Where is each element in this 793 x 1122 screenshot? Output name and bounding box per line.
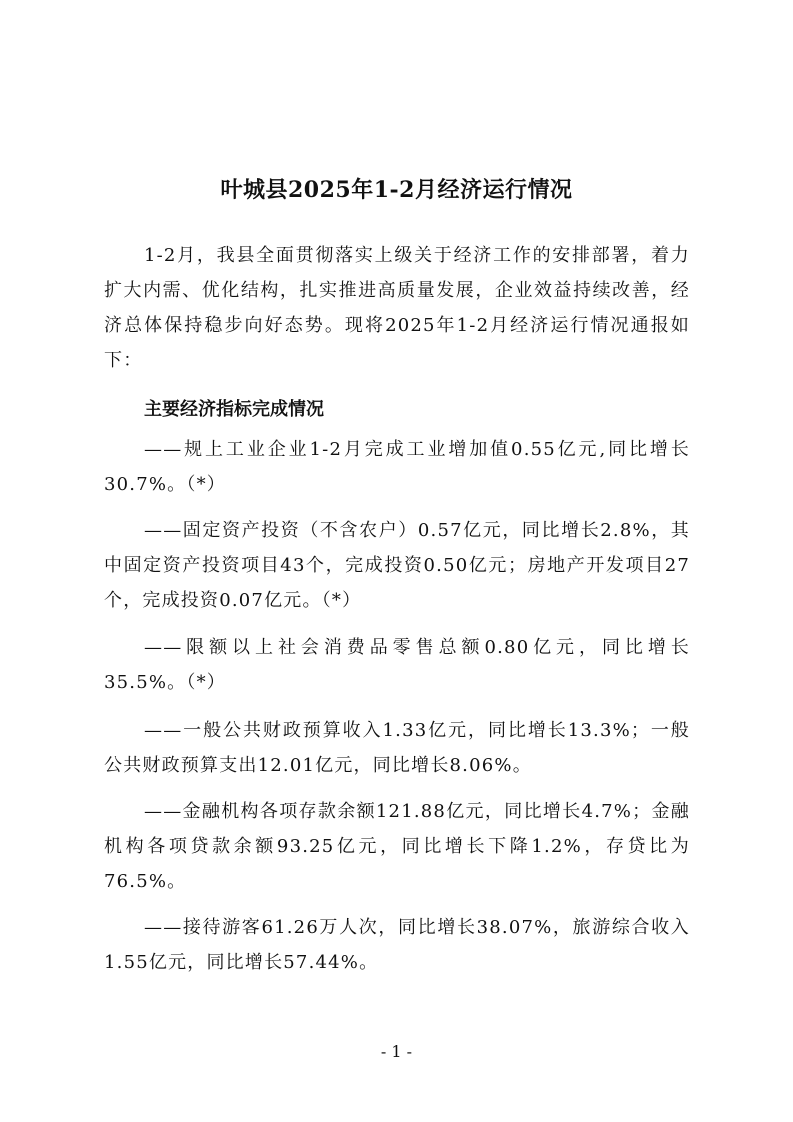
document-title: 叶城县2025年1-2月经济运行情况 <box>0 170 793 210</box>
indicator-financial-deposits-loans: ——金融机构各项存款余额121.88亿元，同比增长4.7%；金融机构各项贷款余额… <box>104 794 690 899</box>
document-page: 叶城县2025年1-2月经济运行情况 1-2月，我县全面贯彻落实上级关于经济工作… <box>0 0 793 1122</box>
indicator-retail-sales: ——限额以上社会消费品零售总额0.80亿元，同比增长35.5%。（*） <box>104 630 690 700</box>
indicator-fixed-asset-investment: ——固定资产投资（不含农户）0.57亿元，同比增长2.8%，其中固定资产投资项目… <box>104 513 690 618</box>
indicator-tourism: ——接待游客61.26万人次，同比增长38.07%，旅游综合收入1.55亿元，同… <box>104 910 690 980</box>
indicator-public-finance: ——一般公共财政预算收入1.33亿元，同比增长13.3%；一般公共财政预算支出1… <box>104 713 690 783</box>
intro-paragraph: 1-2月，我县全面贯彻落实上级关于经济工作的安排部署，着力扩大内需、优化结构，扎… <box>104 238 690 378</box>
indicator-industrial-output: ——规上工业企业1-2月完成工业增加值0.55亿元,同比增长30.7%。（*） <box>104 432 690 502</box>
section-heading: 主要经济指标完成情况 <box>144 392 324 427</box>
page-number: - 1 - <box>0 1040 793 1064</box>
